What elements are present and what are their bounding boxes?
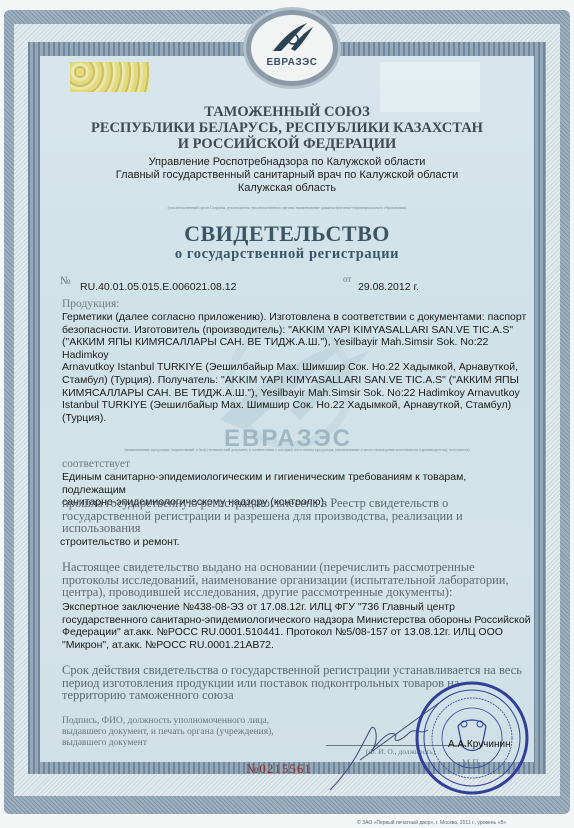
product-label: Продукция:	[62, 298, 119, 310]
product-line: безопасности. Изготовитель (производител…	[62, 324, 532, 337]
date-label: от	[343, 274, 351, 284]
product-line: Герметики (далее согласно приложению). И…	[62, 311, 532, 324]
usage-area: строительство и ремонт.	[60, 536, 180, 549]
document-line: Экспертное заключение №438-08-ЭЗ от 17.0…	[62, 601, 532, 614]
product-line: ("АККИМ ЯПЫ КИМЯСАЛЛАРЫ САН. ВЕ ТИДЖ.А.Ш…	[62, 336, 532, 361]
certificate-date: 29.08.2012 г.	[358, 281, 419, 293]
product-line: Стамбул) (Турция). Получатель: "AKKIM YA…	[62, 374, 532, 387]
registration-text: прошла государственную регистрацию, внес…	[62, 497, 532, 535]
product-caption: (наименование продукции, нормативный и (…	[62, 447, 532, 452]
validity-line: Срок действия свидетельства о государств…	[62, 664, 532, 677]
registration-line: использования	[62, 522, 532, 535]
basis-line: центра), проводившей исследования, други…	[62, 586, 532, 599]
hologram-icon	[70, 62, 150, 92]
certificate-number: RU.40.01.05.015.Е.006021.08.12	[80, 281, 236, 293]
certificate-title: СВИДЕТЕЛЬСТВО	[0, 221, 574, 247]
product-description: Герметики (далее согласно приложению). И…	[62, 311, 532, 424]
printer-copyright: © ЗАО «Первый печатный двор», г. Москва,…	[357, 820, 506, 826]
emblem-label: ЕВРАЗЭС	[251, 57, 333, 68]
official-seal-icon	[414, 680, 530, 796]
header-line-2: РЕСПУБЛИКИ БЕЛАРУСЬ, РЕСПУБЛИКИ КАЗАХСТА…	[0, 120, 574, 137]
document-line: государственного санитарно-эпидемиологич…	[62, 614, 532, 627]
signatory-name: А.А.Кручинин	[448, 739, 511, 750]
certificate-subtitle: о государственной регистрации	[0, 246, 574, 263]
basis-documents: Экспертное заключение №438-08-ЭЗ от 17.0…	[62, 601, 532, 651]
document-line: Федерации" ат.акк. №РОСС RU.0001.510441.…	[62, 626, 532, 639]
basis-text: Настоящее свидетельство выдано на основа…	[62, 561, 532, 599]
product-line: Arnavutkoy Istanbul TURKIYE (Эешилбайыр …	[62, 361, 532, 374]
authority-caption: (уполномоченный орган Стороны, руководит…	[90, 205, 484, 210]
form-serial-number: №0215561	[246, 761, 312, 777]
eurasec-emblem: ЕВРАЗЭС	[246, 10, 338, 86]
signature-instructions: Подпись, ФИО, должность уполномоченного …	[62, 716, 292, 749]
number-label: №	[60, 275, 71, 287]
authority-line-3: Калужская область	[0, 182, 574, 194]
signature-instruction-line: выдавшего документ, и печать органа (учр…	[62, 727, 292, 738]
conformity-line: Единым санитарно-эпидемиологическим и ги…	[62, 471, 532, 496]
product-line: КИМЯСАЛЛАРЫ САН. ВЕ ТИДЖ.А.Ш."), Yesilba…	[62, 387, 532, 400]
header-line-3: И РОССИЙСКОЙ ФЕДЕРАЦИИ	[0, 136, 574, 153]
signature-instruction-line: выдавшего документ	[62, 738, 292, 749]
stamp-place-label: М.П.	[462, 758, 481, 768]
eurasec-logo-icon	[267, 21, 317, 55]
basis-line: Настоящее свидетельство выдано на основа…	[62, 561, 532, 574]
authority-line-2: Главный государственный санитарный врач …	[0, 169, 574, 181]
authority-line-1: Управление Роспотребнадзора по Калужской…	[0, 156, 574, 168]
document-line: "Микрон", ат.акк. №РОСС RU.0001.21АВ72.	[62, 639, 532, 652]
product-line: Istanbul TURKIYE (Эешилбайыр Мах. Шимшир…	[62, 399, 532, 412]
header-line-1: ТАМОЖЕННЫЙ СОЮЗ	[0, 104, 574, 121]
certificate-sheet: ЕВРАЗЭС ЕВРАЗЭС ТАМОЖЕННЫЙ СОЮЗ РЕСПУБЛИ…	[0, 0, 574, 828]
product-line: (Турция).	[62, 412, 532, 425]
conformity-label: соответствует	[62, 458, 130, 470]
registration-line: прошла государственную регистрацию, внес…	[62, 497, 532, 510]
signature-instruction-line: Подпись, ФИО, должность уполномоченного …	[62, 716, 292, 727]
